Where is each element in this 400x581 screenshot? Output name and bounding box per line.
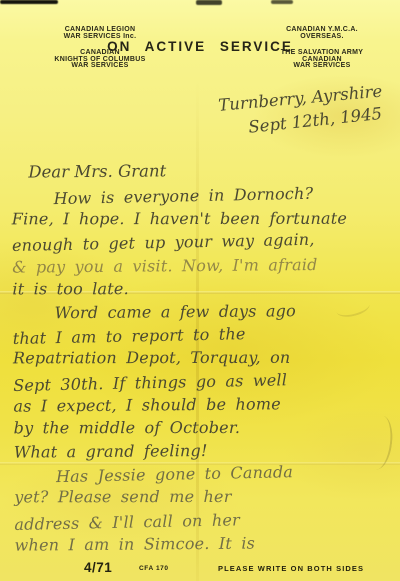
- letter-line: by the middle of October.: [14, 418, 397, 442]
- handwritten-dateline: Turnberry, Ayrshire Sept 12th, 1945: [218, 88, 398, 129]
- letter-line: & pay you a visit. Now, I'm afraid: [12, 254, 395, 281]
- letter-line: it is too late.: [12, 278, 395, 302]
- letter-line: when I am in Simcoe. It is: [15, 532, 398, 559]
- scan-edge-smudge: [0, 0, 58, 4]
- letterhead-right-column: CANADIAN Y.M.C.A. OVERSEAS. THE SALVATIO…: [272, 27, 372, 70]
- letterhead-org-ymca: CANADIAN Y.M.C.A. OVERSEAS.: [272, 27, 372, 40]
- scan-edge-smudge: [271, 0, 293, 4]
- letter-body: Dear Mrs. Grant How is everyone in Dorno…: [11, 159, 397, 558]
- letterhead-org-salvation-army: THE SALVATION ARMY CANADIAN WAR SERVICES: [272, 50, 372, 70]
- form-code: CFA 170: [139, 565, 169, 572]
- letterhead-line: WAR SERVICES: [52, 63, 148, 70]
- scanned-letter-photo: CANADIAN LEGION WAR SERVICES Inc. CANADI…: [0, 0, 400, 581]
- scan-edge-smudge: [196, 0, 222, 5]
- footer-instruction: PLEASE WRITE ON BOTH SIDES: [218, 564, 364, 573]
- form-number: 4/71: [84, 560, 112, 575]
- printed-footer: 4/71 CFA 170 PLEASE WRITE ON BOTH SIDES: [0, 557, 400, 581]
- letterhead-line: WAR SERVICES: [272, 63, 372, 70]
